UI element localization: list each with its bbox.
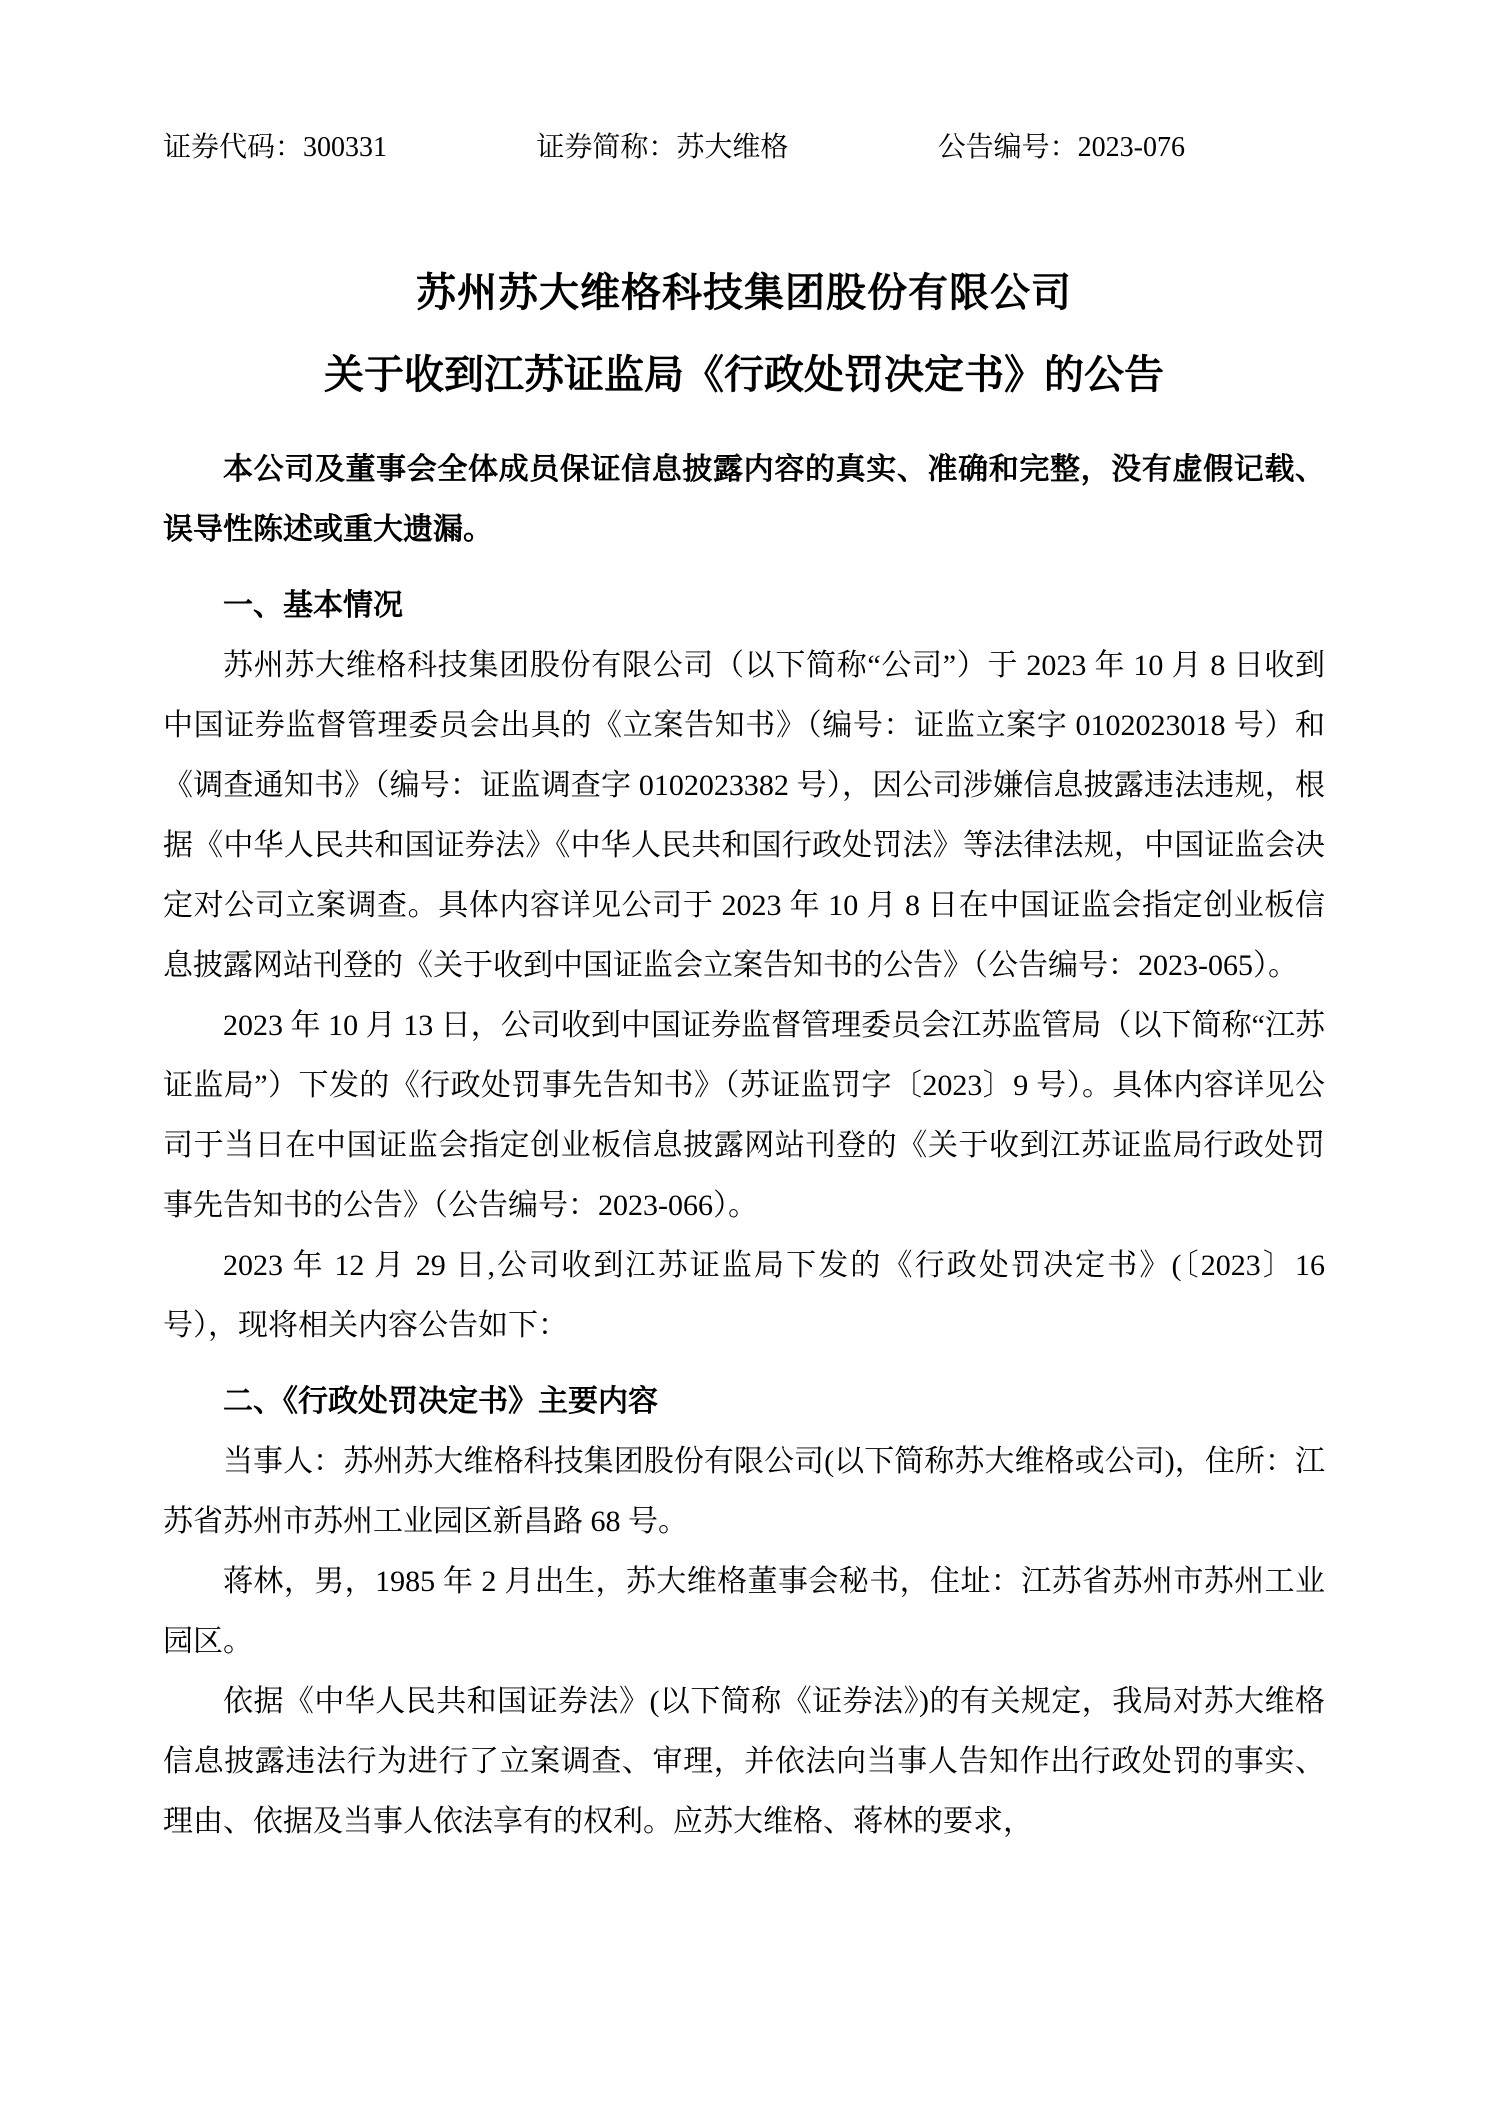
stock-code: 证券代码：300331 bbox=[163, 128, 387, 168]
section-2-paragraph-1: 当事人：苏州苏大维格科技集团股份有限公司(以下简称苏大维格或公司)，住所：江苏省… bbox=[163, 1432, 1325, 1552]
section-2-paragraph-3: 依据《中华人民共和国证券法》(以下简称《证券法》)的有关规定，我局对苏大维格信息… bbox=[163, 1672, 1325, 1852]
section-2-paragraph-2: 蒋林，男，1985 年 2 月出生，苏大维格董事会秘书，住址：江苏省苏州市苏州工… bbox=[163, 1552, 1325, 1672]
doc-header: 证券代码：300331 证券简称：苏大维格 公告编号：2023-076 bbox=[163, 128, 1185, 168]
announcement-number: 公告编号：2023-076 bbox=[938, 128, 1185, 168]
doc-subtitle: 关于收到江苏证监局《行政处罚决定书》的公告 bbox=[163, 350, 1325, 400]
announcement-page: 证券代码：300331 证券简称：苏大维格 公告编号：2023-076 苏州苏大… bbox=[0, 0, 1487, 2105]
section-1-paragraph-1: 苏州苏大维格科技集团股份有限公司（以下简称“公司”）于 2023 年 10 月 … bbox=[163, 636, 1325, 996]
section-1-paragraph-2: 2023 年 10 月 13 日，公司收到中国证券监督管理委员会江苏监管局（以下… bbox=[163, 996, 1325, 1236]
section-1-heading: 一、基本情况 bbox=[163, 576, 1325, 636]
integrity-statement: 本公司及董事会全体成员保证信息披露内容的真实、准确和完整，没有虚假记载、误导性陈… bbox=[163, 440, 1325, 560]
stock-short-name: 证券简称：苏大维格 bbox=[536, 128, 788, 168]
doc-title: 苏州苏大维格科技集团股份有限公司 bbox=[163, 268, 1325, 318]
section-1-paragraph-3: 2023 年 12 月 29 日,公司收到江苏证监局下发的《行政处罚决定书》(〔… bbox=[163, 1236, 1325, 1356]
section-2-heading: 二、《行政处罚决定书》主要内容 bbox=[163, 1372, 1325, 1432]
